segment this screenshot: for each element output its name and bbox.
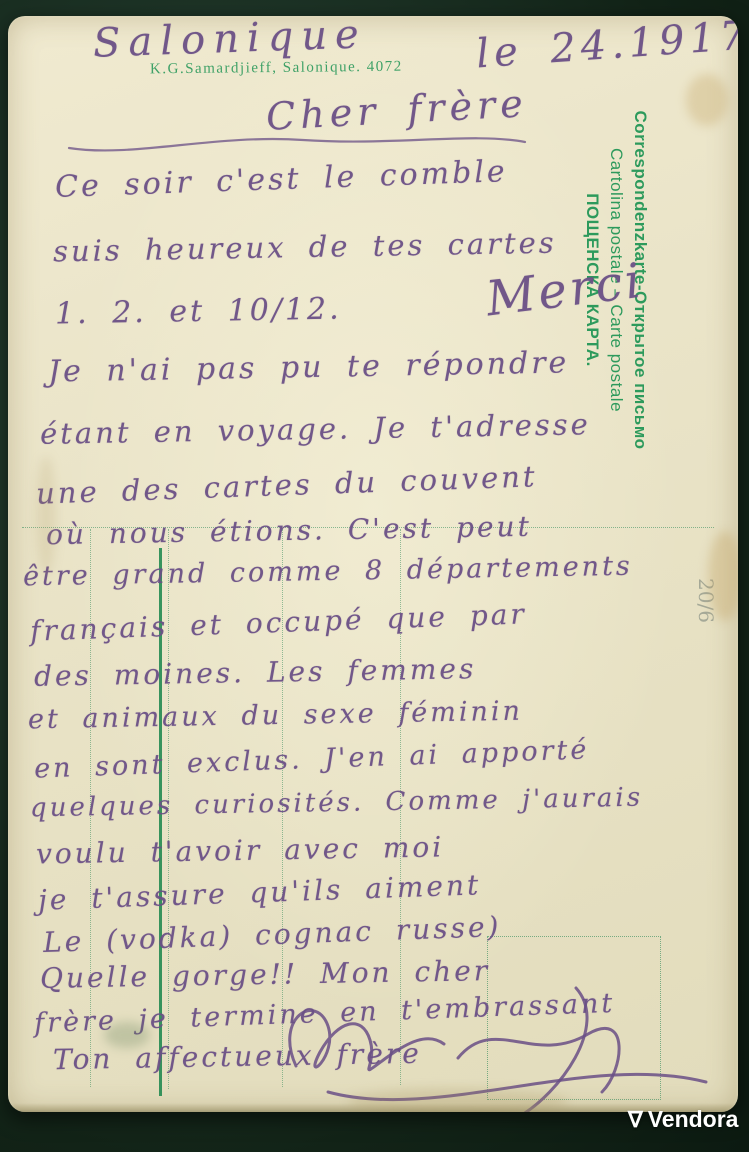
handwriting-line: Ce soir c'est le comble	[55, 154, 509, 205]
handwriting-line: voulu t'avoir avec moi	[36, 830, 445, 870]
handwriting-line: Quelle gorge!! Mon cher	[40, 954, 491, 995]
handwritten-salutation: Cher frère	[265, 81, 529, 139]
handwriting-line: et animaux du sexe féminin	[28, 696, 523, 736]
handwriting-line: en sont exclus. J'en ai apporté	[34, 734, 590, 784]
handwriting-line: une des cartes du couvent	[36, 459, 538, 510]
handwriting-line: où nous étions. C'est peut	[46, 510, 532, 551]
handwriting-line: quelques curiosités. Comme j'aurais	[30, 783, 644, 824]
handwriting-line: Le (vodka) cognac russe)	[43, 910, 502, 959]
vendora-logo-icon: ∇	[628, 1107, 643, 1133]
postcard-back: K.G.Samardjieff, Salonique. 4072 Corresp…	[8, 16, 738, 1112]
watermark-text: Vendora	[648, 1106, 739, 1133]
postcard-photo: K.G.Samardjieff, Salonique. 4072 Corresp…	[0, 0, 749, 1152]
handwriting-line: être grand comme 8 départements	[23, 551, 633, 593]
watermark: ∇ Vendora	[628, 1106, 738, 1133]
handwriting-line: je t'assure qu'ils aiment	[38, 868, 482, 916]
handwritten-date: le 24.1917	[475, 16, 738, 78]
pencil-note: 20/6	[694, 578, 718, 623]
handwriting-line: étant en voyage. Je t'adresse	[40, 407, 591, 451]
handwriting-line: français et occupé que par	[30, 597, 528, 647]
handwriting-line: 1. 2. et 10/12.	[55, 292, 342, 332]
handwriting-line: des moines. Les femmes	[34, 652, 477, 693]
handwriting-line: Je n'ai pas pu te répondre	[48, 345, 570, 389]
paper-stain	[36, 456, 56, 576]
paper-stain	[686, 74, 728, 126]
handwriting-line: suis heureux de tes cartes	[53, 226, 557, 269]
handwriting-line: Ton affectueux frère	[53, 1037, 422, 1076]
